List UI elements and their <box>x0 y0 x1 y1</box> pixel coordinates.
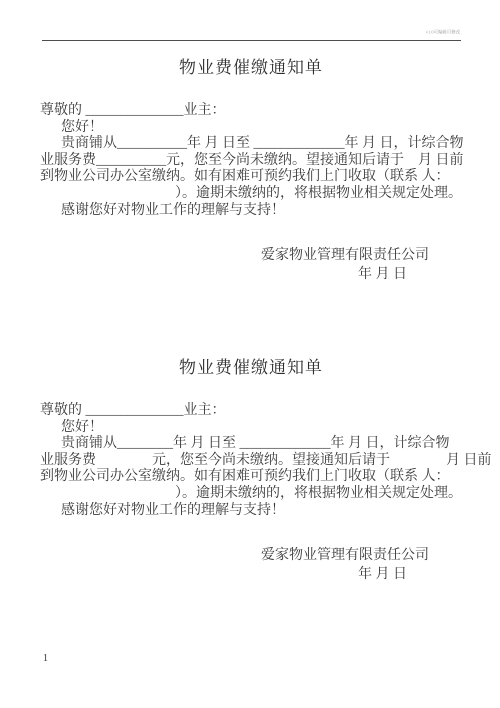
signature-block: 爱家物业管理有限责任公司 年 月 日 <box>40 546 462 584</box>
notice-second: 物业费催缴通知单 尊敬的 ______________业主： 您好！ 贵商铺从_… <box>40 353 462 584</box>
signature-date: 年 月 日 <box>40 265 429 284</box>
notice-line-salutation: 尊敬的 ______________业主： <box>40 103 462 120</box>
signature-company: 爱家物业管理有限责任公司 <box>40 546 429 565</box>
notice-line-period: 贵商铺从__________年 月 日至 _____________年 月 日，… <box>40 136 462 153</box>
notice-line-thanks: 感谢您好对物业工作的理解与支持！ <box>40 203 462 220</box>
notice-line-overdue: ）。逾期未缴纳的，将根据物业相关规定处理。 <box>40 486 462 503</box>
signature-date: 年 月 日 <box>40 565 429 584</box>
notice-line-overdue: ）。逾期未缴纳的，将根据物业相关规定处理。 <box>40 186 462 203</box>
notice-line-thanks: 感谢您好对物业工作的理解与支持！ <box>40 503 462 520</box>
notice-line-greeting: 您好！ <box>40 120 462 137</box>
notice-title: 物业费催缴通知单 <box>40 53 462 78</box>
notice-line-period: 贵商铺从________年 月 日至 _____________年 月 日，计综… <box>40 436 462 453</box>
header-rule <box>42 40 461 41</box>
notice-line-salutation: 尊敬的 ______________业主： <box>40 403 462 420</box>
signature-block: 爱家物业管理有限责任公司 年 月 日 <box>40 246 462 284</box>
notice-line-greeting: 您好！ <box>40 420 462 437</box>
header-note: v1.0可编辑可修改 <box>426 29 460 35</box>
notice-line-payment: 到物业公司办公室缴纳。如有困难可预约我们上门收取（联系 人： <box>40 169 462 186</box>
page-number: 1 <box>43 653 48 664</box>
notice-line-payment: 到物业公司办公室缴纳。如有困难可预约我们上门收取（联系 人： <box>40 469 462 486</box>
notice-line-fee: 业服务费__________元，您至今尚未缴纳。望接通知后请于 月 日前 <box>40 153 462 170</box>
notice-first: 物业费催缴通知单 尊敬的 ______________业主： 您好！ 贵商铺从_… <box>40 53 462 284</box>
signature-company: 爱家物业管理有限责任公司 <box>40 246 429 265</box>
notice-title: 物业费催缴通知单 <box>40 353 462 378</box>
notice-line-fee: 业服务费 元，您至今尚未缴纳。望接通知后请于 月 日前 <box>40 453 462 470</box>
document-page: v1.0可编辑可修改 物业费催缴通知单 尊敬的 ______________业主… <box>0 0 500 708</box>
